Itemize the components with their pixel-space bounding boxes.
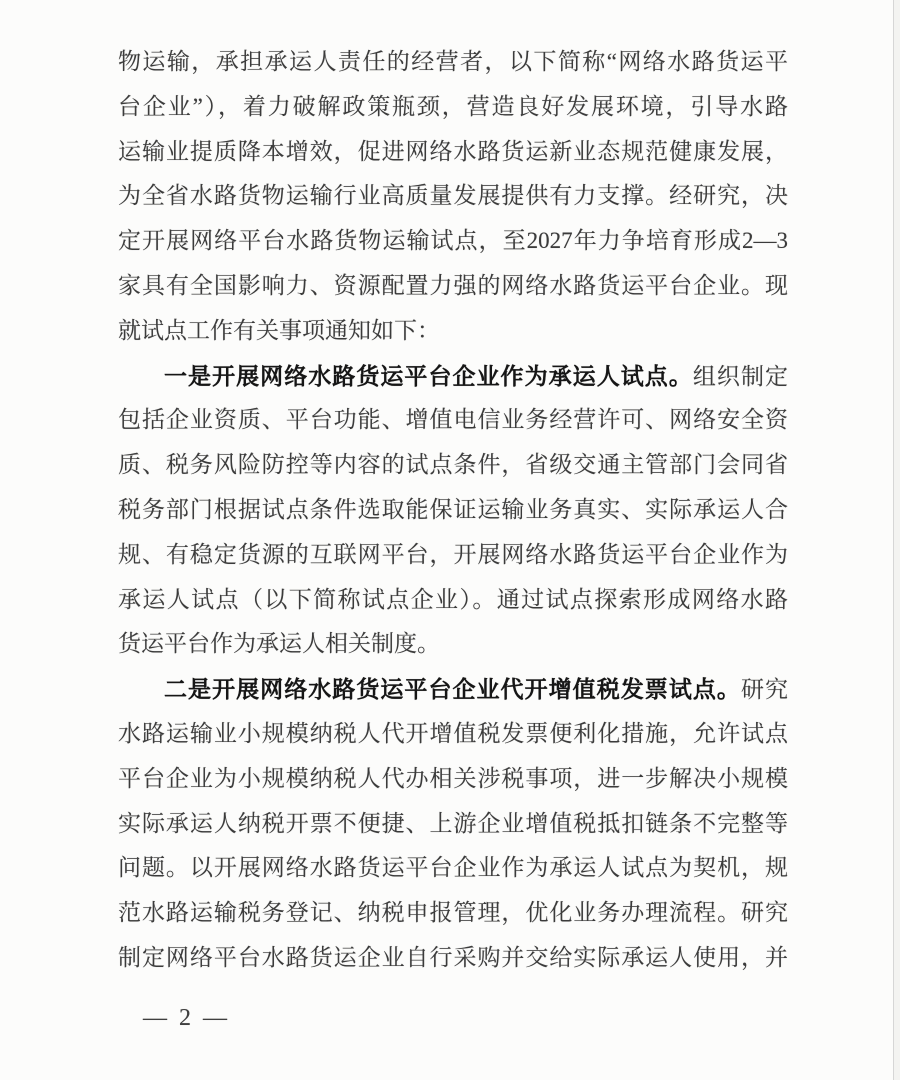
text-line: 平台企业为小规模纳税人代办相关涉税事项，进一步解决小规模 (118, 757, 788, 802)
text-line: 家具有全国影响力、资源配置力强的网络水路货运平台企业。现 (118, 264, 788, 309)
page-number: — 2 — (143, 1005, 230, 1031)
line-text: 平台企业为小规模纳税人代办相关涉税事项，进一步解决小规模 (118, 766, 788, 791)
paragraph-lead-bold: 二是开展网络水路货运平台企业代开增值税发票试点。 (164, 676, 741, 702)
line-text: 质、税务风险防控等内容的试点条件，省级交通主管部门会同省 (118, 452, 788, 477)
text-line: 运输业提质降本增效，促进网络水路货运新业态规范健康发展， (118, 130, 788, 175)
text-line: 承运人试点（以下简称试点企业）。通过试点探索形成网络水路 (118, 578, 788, 623)
text-line: 一是开展网络水路货运平台企业作为承运人试点。组织制定 (118, 354, 788, 399)
line-text: 研究 (741, 677, 788, 702)
text-line: 定开展网络平台水路货物运输试点，至2027年力争培育形成2—3 (118, 219, 788, 264)
line-text: 物运输，承担承运人责任的经营者，以下简称“网络水路货运平 (118, 49, 788, 74)
line-text: 运输业提质降本增效，促进网络水路货运新业态规范健康发展， (118, 139, 788, 164)
line-text: 承运人试点（以下简称试点企业）。通过试点探索形成网络水路 (118, 587, 788, 612)
text-line: 物运输，承担承运人责任的经营者，以下简称“网络水路货运平 (118, 40, 788, 85)
line-text: 货运平台作为承运人相关制度。 (118, 631, 440, 656)
text-line: 问题。以开展网络水路货运平台企业作为承运人试点为契机，规 (118, 846, 788, 891)
scan-edge-line (893, 0, 894, 1080)
text-lines: 物运输，承担承运人责任的经营者，以下简称“网络水路货运平台企业”），着力破解政策… (118, 40, 788, 981)
text-line: 台企业”），着力破解政策瓶颈，营造良好发展环境，引导水路 (118, 85, 788, 130)
text-line: 实际承运人纳税开票不便捷、上游企业增值税抵扣链条不完整等 (118, 802, 788, 847)
line-text: 组织制定 (693, 364, 788, 389)
line-text: 包括企业资质、平台功能、增值电信业务经营许可、网络安全资 (118, 407, 788, 432)
paragraph-lead-bold: 一是开展网络水路货运平台企业作为承运人试点。 (164, 363, 693, 389)
text-line: 货运平台作为承运人相关制度。 (118, 622, 788, 667)
text-line: 水路运输业小规模纳税人代开增值税发票便利化措施，允许试点 (118, 712, 788, 757)
text-line: 制定网络平台水路货运企业自行采购并交给实际承运人使用，并 (118, 936, 788, 981)
line-text: 税务部门根据试点条件选取能保证运输业务真实、实际承运人合 (118, 497, 788, 522)
line-text: 水路运输业小规模纳税人代开增值税发票便利化措施，允许试点 (118, 721, 788, 746)
document-page: 物运输，承担承运人责任的经营者，以下简称“网络水路货运平台企业”），着力破解政策… (0, 0, 900, 1080)
text-line: 为全省水路货物运输行业高质量发展提供有力支撑。经研究，决 (118, 174, 788, 219)
line-text: 台企业”），着力破解政策瓶颈，营造良好发展环境，引导水路 (118, 94, 788, 119)
text-line: 包括企业资质、平台功能、增值电信业务经营许可、网络安全资 (118, 398, 788, 443)
line-text: 范水路运输税务登记、纳税申报管理，优化业务办理流程。研究 (118, 900, 788, 925)
scan-edge-shade (894, 0, 900, 1080)
text-line: 税务部门根据试点条件选取能保证运输业务真实、实际承运人合 (118, 488, 788, 533)
text-line: 质、税务风险防控等内容的试点条件，省级交通主管部门会同省 (118, 443, 788, 488)
text-line: 二是开展网络水路货运平台企业代开增值税发票试点。研究 (118, 667, 788, 712)
line-text: 就试点工作有关事项通知如下： (118, 318, 440, 343)
line-text: 为全省水路货物运输行业高质量发展提供有力支撑。经研究，决 (118, 183, 788, 208)
line-text: 规、有稳定货源的互联网平台，开展网络水路货运平台企业作为 (118, 542, 788, 567)
line-text: 制定网络平台水路货运企业自行采购并交给实际承运人使用，并 (118, 945, 788, 970)
page-footer: — 2 — (143, 1005, 230, 1032)
line-text: 实际承运人纳税开票不便捷、上游企业增值税抵扣链条不完整等 (118, 811, 788, 836)
text-line: 范水路运输税务登记、纳税申报管理，优化业务办理流程。研究 (118, 891, 788, 936)
line-text: 定开展网络平台水路货物运输试点，至2027年力争培育形成2—3 (118, 228, 788, 253)
line-text: 家具有全国影响力、资源配置力强的网络水路货运平台企业。现 (118, 273, 788, 298)
text-line: 就试点工作有关事项通知如下： (118, 309, 788, 354)
line-text: 问题。以开展网络水路货运平台企业作为承运人试点为契机，规 (118, 855, 788, 880)
text-line: 规、有稳定货源的互联网平台，开展网络水路货运平台企业作为 (118, 533, 788, 578)
